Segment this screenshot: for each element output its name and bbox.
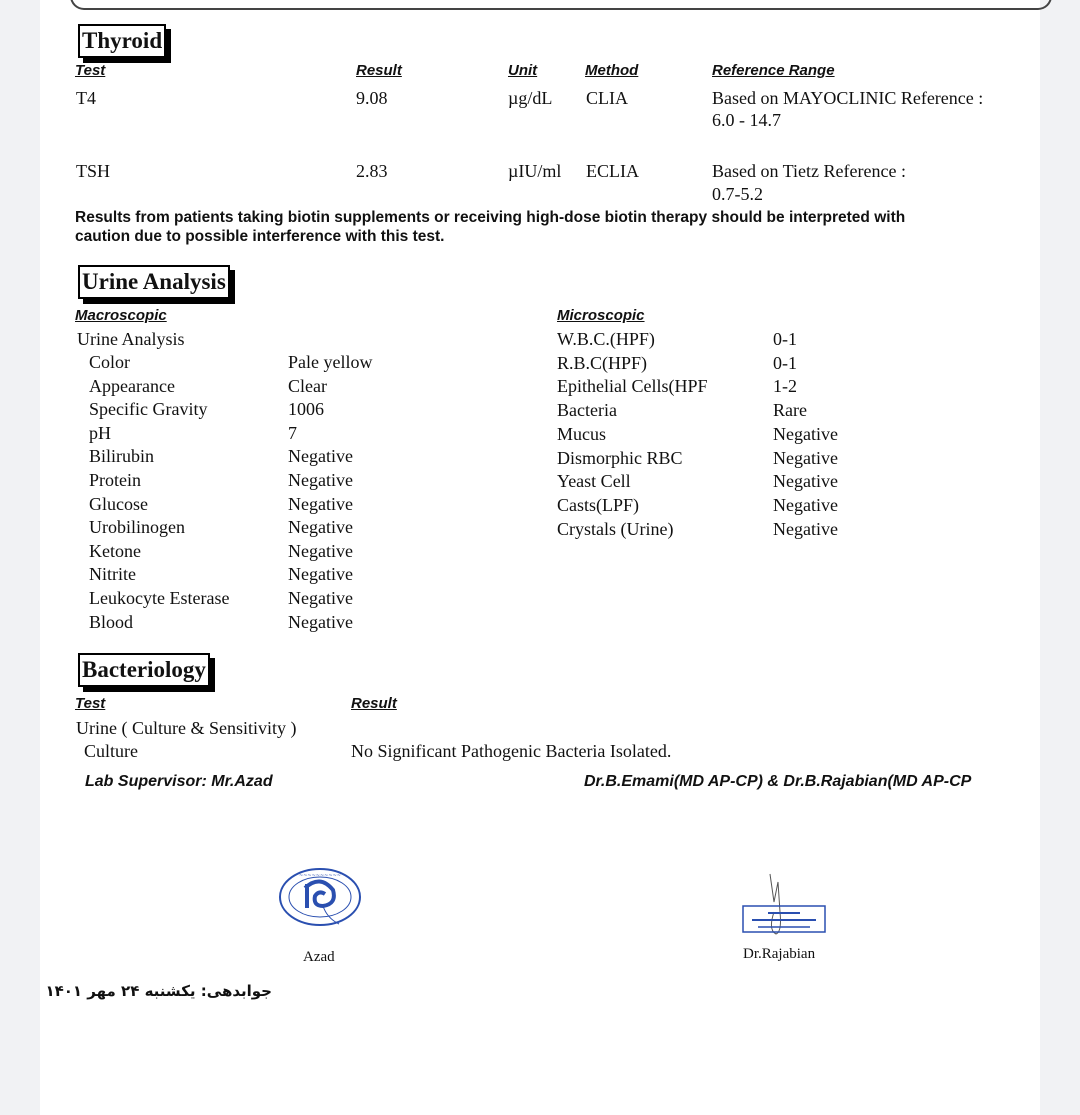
thyroid-header-result: Result bbox=[356, 62, 402, 79]
item-value: Negative bbox=[773, 424, 838, 445]
item-value: Negative bbox=[773, 519, 838, 540]
item-value: Negative bbox=[773, 495, 838, 516]
report-page: Thyroid Test Result Unit Method Referenc… bbox=[40, 0, 1040, 1115]
thyroid-header-method: Method bbox=[585, 62, 638, 79]
item-name: Leukocyte Esterase bbox=[89, 588, 229, 609]
item-name: Color bbox=[89, 352, 130, 373]
pathologists: Dr.B.Emami(MD AP-CP) & Dr.B.Rajabian(MD … bbox=[584, 773, 971, 791]
item-value: 7 bbox=[288, 423, 297, 444]
item-name: R.B.C(HPF) bbox=[557, 353, 647, 374]
item-value: 1-2 bbox=[773, 376, 797, 397]
item-value: Clear bbox=[288, 376, 327, 397]
test-reference: Based on MAYOCLINIC Reference : bbox=[712, 88, 983, 109]
item-name: Protein bbox=[89, 470, 141, 491]
item-name: Dismorphic RBC bbox=[557, 448, 683, 469]
test-name: Culture bbox=[84, 741, 138, 762]
lab-supervisor: Lab Supervisor: Mr.Azad bbox=[85, 773, 273, 791]
test-method: ECLIA bbox=[586, 161, 639, 182]
item-name: Urobilinogen bbox=[89, 517, 185, 538]
item-name: Glucose bbox=[89, 494, 148, 515]
thyroid-header-unit: Unit bbox=[508, 62, 537, 79]
test-result: 9.08 bbox=[356, 88, 388, 109]
svg-text:~~~~~~~~~~: ~~~~~~~~~~ bbox=[299, 873, 341, 879]
item-name: W.B.C.(HPF) bbox=[557, 329, 655, 350]
bacteriology-header-test: Test bbox=[75, 695, 105, 712]
test-reference-range: 6.0 - 14.7 bbox=[712, 110, 781, 131]
item-name: Mucus bbox=[557, 424, 606, 445]
item-name: Appearance bbox=[89, 376, 175, 397]
biotin-note-line1: Results from patients taking biotin supp… bbox=[75, 208, 905, 227]
item-name: Crystals (Urine) bbox=[557, 519, 673, 540]
item-value: Negative bbox=[288, 612, 353, 633]
item-name: Yeast Cell bbox=[557, 471, 631, 492]
item-name: Bilirubin bbox=[89, 446, 154, 467]
thyroid-section-title: Thyroid bbox=[78, 24, 166, 58]
microscopic-header: Microscopic bbox=[557, 307, 645, 324]
macroscopic-header: Macroscopic bbox=[75, 307, 167, 324]
azad-stamp-icon: ~~~~~~~~~~ bbox=[277, 866, 363, 928]
thyroid-header-test: Test bbox=[75, 62, 105, 79]
item-name: Casts(LPF) bbox=[557, 495, 639, 516]
item-value: Rare bbox=[773, 400, 807, 421]
item-value: Negative bbox=[288, 517, 353, 538]
thyroid-header-reference: Reference Range bbox=[712, 62, 835, 79]
test-result: No Significant Pathogenic Bacteria Isola… bbox=[351, 741, 671, 762]
item-value: Negative bbox=[288, 564, 353, 585]
item-value: Negative bbox=[288, 541, 353, 562]
rajabian-signature-icon bbox=[738, 872, 830, 942]
item-name: Blood bbox=[89, 612, 133, 633]
item-name: Epithelial Cells(HPF bbox=[557, 376, 708, 397]
item-value: 0-1 bbox=[773, 329, 797, 350]
bacteriology-group-label: Urine ( Culture & Sensitivity ) bbox=[76, 718, 296, 739]
urine-section-title: Urine Analysis bbox=[78, 265, 230, 299]
item-value: Pale yellow bbox=[288, 352, 372, 373]
test-name: T4 bbox=[76, 88, 96, 109]
item-value: Negative bbox=[773, 448, 838, 469]
item-name: Specific Gravity bbox=[89, 399, 207, 420]
item-value: Negative bbox=[288, 446, 353, 467]
bacteriology-header-result: Result bbox=[351, 695, 397, 712]
header-box-bottom-edge bbox=[70, 0, 1052, 10]
item-value: Negative bbox=[288, 470, 353, 491]
item-value: Negative bbox=[773, 471, 838, 492]
azad-stamp-label: Azad bbox=[303, 949, 335, 966]
bacteriology-section-title: Bacteriology bbox=[78, 653, 210, 687]
macroscopic-group-label: Urine Analysis bbox=[77, 329, 185, 350]
item-name: Ketone bbox=[89, 541, 141, 562]
test-reference-range: 0.7-5.2 bbox=[712, 184, 763, 205]
item-value: 1006 bbox=[288, 399, 324, 420]
test-name: TSH bbox=[76, 161, 110, 182]
item-name: Bacteria bbox=[557, 400, 617, 421]
answer-date: جوابدهی: یکشنبه ۲۴ مهر ۱۴۰۱ bbox=[76, 982, 272, 1000]
item-value: Negative bbox=[288, 588, 353, 609]
item-value: 0-1 bbox=[773, 353, 797, 374]
test-result: 2.83 bbox=[356, 161, 388, 182]
rajabian-stamp-label: Dr.Rajabian bbox=[743, 946, 815, 963]
test-unit: µg/dL bbox=[508, 88, 552, 109]
item-name: pH bbox=[89, 423, 111, 444]
item-name: Nitrite bbox=[89, 564, 136, 585]
biotin-note-line2: caution due to possible interference wit… bbox=[75, 227, 444, 246]
test-reference: Based on Tietz Reference : bbox=[712, 161, 906, 182]
item-value: Negative bbox=[288, 494, 353, 515]
test-method: CLIA bbox=[586, 88, 628, 109]
test-unit: µIU/ml bbox=[508, 161, 561, 182]
